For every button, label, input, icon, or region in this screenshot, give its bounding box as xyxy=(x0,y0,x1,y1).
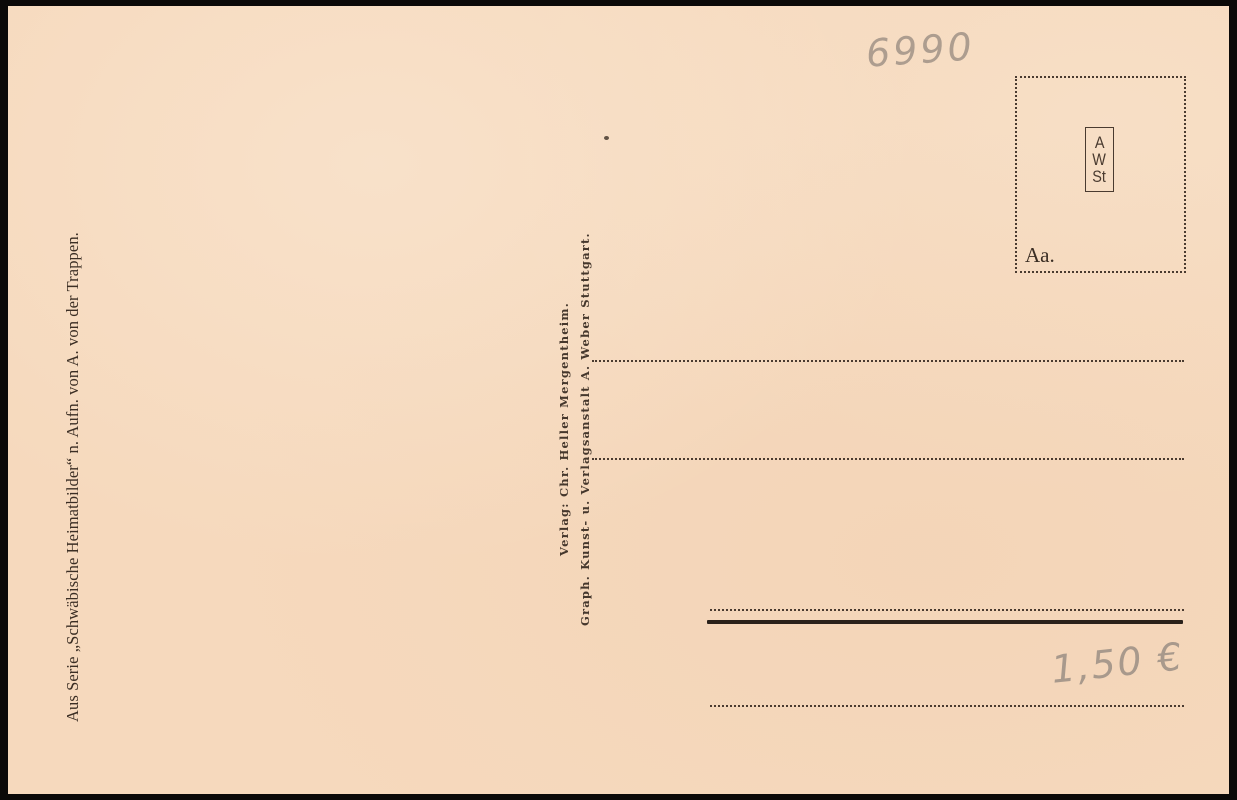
publisher-line-2: Graph. Kunst- u. Verlagsanstalt A. Weber… xyxy=(578,232,592,626)
address-line-4 xyxy=(710,705,1184,707)
stamp-note: Aa. xyxy=(1025,243,1055,268)
handwritten-price: 1,50 € xyxy=(1049,634,1186,692)
publisher-logo-icon: A W St xyxy=(1085,127,1114,192)
address-line-2 xyxy=(592,458,1184,460)
logo-letters-st: St xyxy=(1093,168,1107,185)
stamp-box: A W St Aa. xyxy=(1015,76,1186,273)
publisher-line-1: Verlag: Chr. Heller Mergentheim. xyxy=(557,302,571,556)
address-underline xyxy=(707,620,1183,624)
postcard-back: Aus Serie „Schwäbische Heimatbilder“ n. … xyxy=(8,6,1229,794)
logo-letter-a: A xyxy=(1095,134,1105,151)
address-line-1 xyxy=(592,360,1184,362)
logo-letter-w: W xyxy=(1093,151,1107,168)
series-caption: Aus Serie „Schwäbische Heimatbilder“ n. … xyxy=(63,232,83,722)
ink-speck xyxy=(604,136,609,140)
address-line-3 xyxy=(710,609,1184,611)
handwritten-number: 6990 xyxy=(865,24,977,75)
